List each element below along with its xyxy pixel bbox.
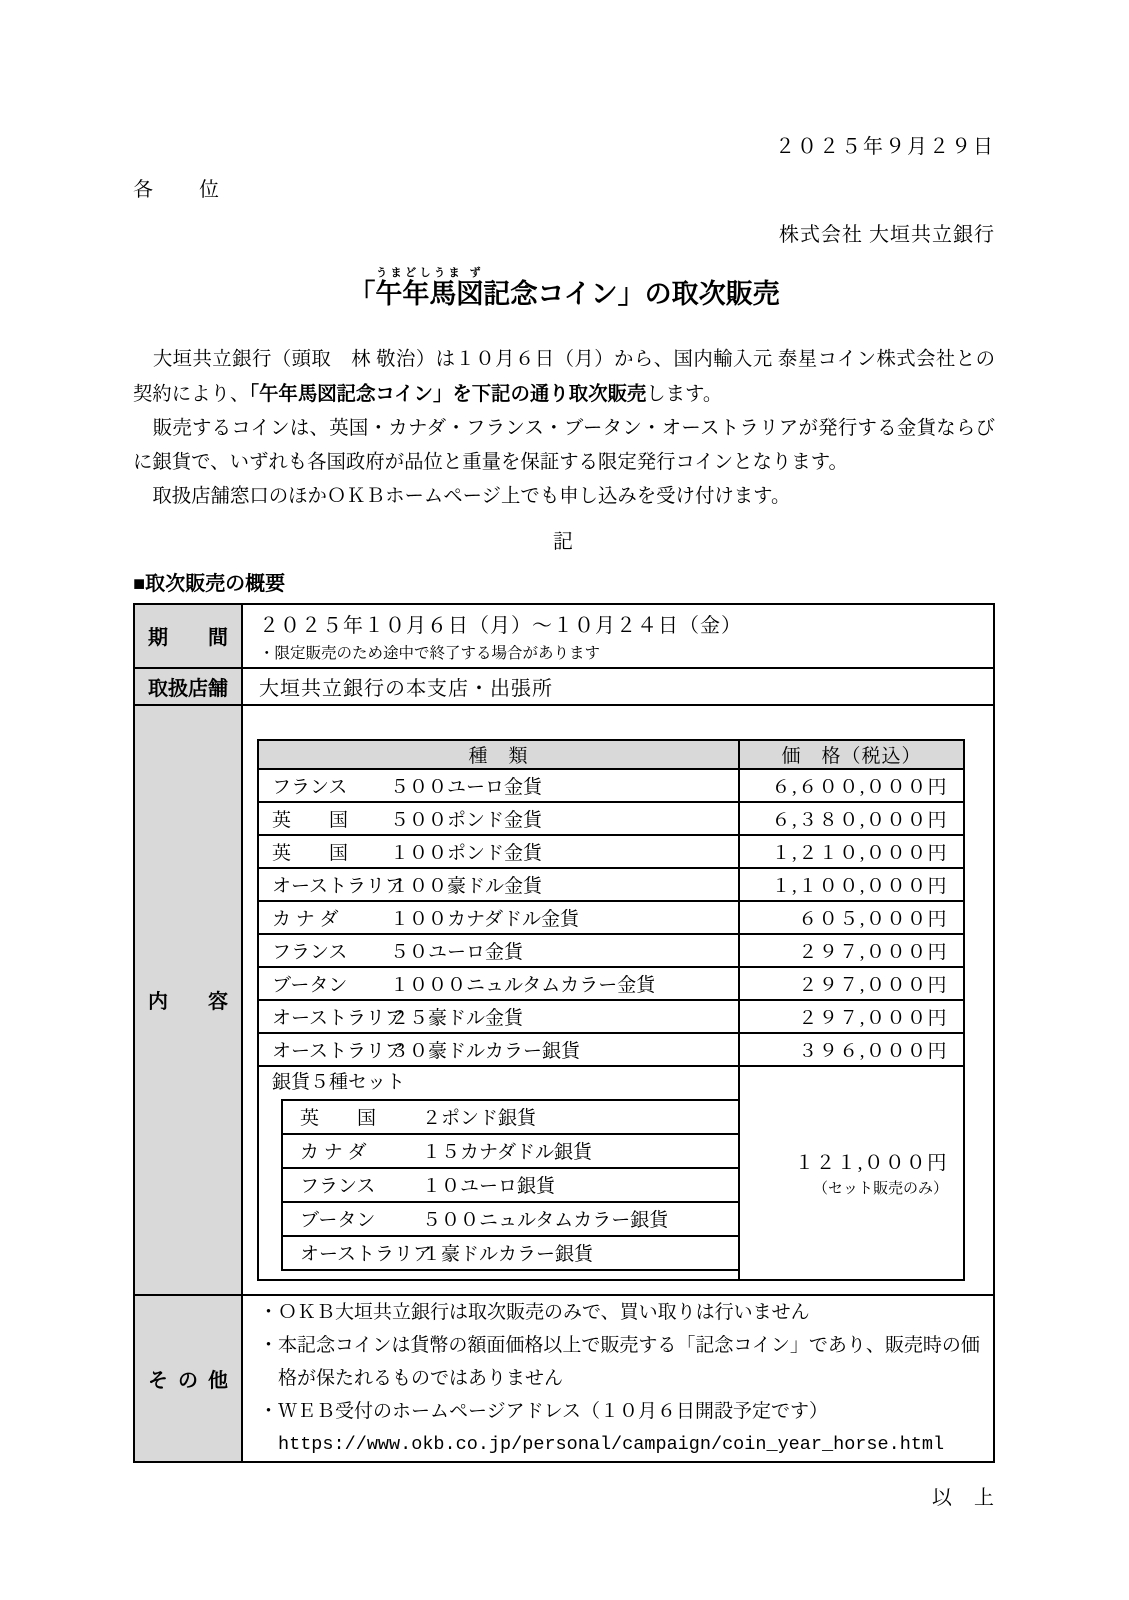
paragraph-3: 取扱店舗窓口のほかＯＫＢホームページ上でも申し込みを受け付けます。 (133, 480, 995, 514)
set-item-cell: 英 国２ポンド銀貨 (282, 1100, 738, 1134)
set-item-denomination: ５００ニュルタムカラー銀貨 (422, 1210, 668, 1231)
title-furigana: うまどしうま ず (375, 267, 483, 279)
addressee: 各 位 (133, 173, 995, 202)
silver-set-cell: 銀貨５種セット 英 国２ポンド銀貨カ ナ ダ１５カナダドル銀貨フランス１０ユーロ… (258, 1066, 739, 1280)
coin-country: オーストラリア (272, 1003, 390, 1030)
set-item-country: 英 国 (300, 1103, 422, 1130)
coin-row: フランス５０ユーロ金貨２９７,０００円 (258, 934, 964, 967)
other-label: その他 (134, 1295, 242, 1462)
closing-marker: 以 上 (133, 1481, 995, 1510)
coin-price-cell: ６０５,０００円 (739, 901, 964, 934)
coin-price-cell: ６,６００,０００円 (739, 769, 964, 802)
coin-row: カ ナ ダ１００カナダドル金貨６０５,０００円 (258, 901, 964, 934)
set-item-denomination: ２ポンド銀貨 (422, 1108, 536, 1129)
coin-row: フランス５００ユーロ金貨６,６００,０００円 (258, 769, 964, 802)
coin-name-cell: カ ナ ダ１００カナダドル金貨 (258, 901, 739, 934)
set-item-denomination: １豪ドルカラー銀貨 (422, 1244, 593, 1265)
coin-country: 英 国 (272, 805, 390, 832)
coin-country: フランス (272, 772, 390, 799)
coin-name-cell: フランス５００ユーロ金貨 (258, 769, 739, 802)
coin-price-cell: ３９６,０００円 (739, 1033, 964, 1066)
other-notes-list: ・ＯＫＢ大垣共立銀行は取次販売のみで、買い取りは行いません・本記念コインは貨幣の… (259, 1296, 983, 1428)
coin-price-cell: ６,３８０,０００円 (739, 802, 964, 835)
silver-set-row: 銀貨５種セット 英 国２ポンド銀貨カ ナ ダ１５カナダドル銀貨フランス１０ユーロ… (258, 1066, 964, 1280)
set-item-denomination: １５カナダドル銀貨 (422, 1142, 592, 1163)
set-item-row: ブータン５００ニュルタムカラー銀貨 (282, 1202, 738, 1236)
coin-table-body: フランス５００ユーロ金貨６,６００,０００円英 国５００ポンド金貨６,３８０,０… (258, 769, 964, 1066)
body-paragraphs: 大垣共立銀行（頭取 林 敬治）は１０月６日（月）から、国内輸入元 泰星コイン株式… (133, 343, 995, 514)
set-item-cell: カ ナ ダ１５カナダドル銀貨 (282, 1134, 738, 1168)
paragraph-1-bold: 「午年馬図記念コイン」を下記の通り取次販売 (249, 383, 646, 405)
coin-name-cell: ブータン１０００ニュルタムカラー金貨 (258, 967, 739, 1000)
coin-row: オーストラリア２５豪ドル金貨２９７,０００円 (258, 1000, 964, 1033)
silver-set-label: 銀貨５種セット (259, 1067, 738, 1099)
coin-country: オーストラリア (272, 1036, 390, 1063)
period-note: ・限定販売のため途中で終了する場合があります (259, 641, 993, 663)
silver-set-items: 英 国２ポンド銀貨カ ナ ダ１５カナダドル銀貨フランス１０ユーロ銀貨ブータン５０… (282, 1100, 738, 1270)
coin-denomination: １００カナダドル金貨 (390, 909, 579, 930)
period-row: 期間 ２０２５年１０月６日（月）～１０月２４日（金） ・限定販売のため途中で終了… (134, 604, 994, 668)
title-ruby-base: 午年馬図 (375, 279, 483, 309)
coin-price-cell: ２９７,０００円 (739, 1000, 964, 1033)
web-url: https://www.okb.co.jp/personal/campaign/… (259, 1428, 983, 1461)
set-item-denomination: １０ユーロ銀貨 (422, 1176, 555, 1197)
set-item-cell: フランス１０ユーロ銀貨 (282, 1168, 738, 1202)
note-item: ・本記念コインは貨幣の額面価格以上で販売する「記念コイン」であり、販売時の価格が… (259, 1329, 983, 1395)
paragraph-1-post: します。 (646, 384, 722, 405)
coin-country: ブータン (272, 970, 390, 997)
stores-row: 取扱店舗 大垣共立銀行の本支店・出張所 (134, 668, 994, 705)
coin-denomination: ５０ユーロ金貨 (390, 942, 523, 963)
set-item-cell: ブータン５００ニュルタムカラー銀貨 (282, 1202, 738, 1236)
note-item: ・ＷＥＢ受付のホームページアドレス（１０月６日開設予定です） (259, 1395, 983, 1428)
coin-denomination: ２５豪ドル金貨 (390, 1008, 523, 1029)
silver-set-sub-table: 英 国２ポンド銀貨カ ナ ダ１５カナダドル銀貨フランス１０ユーロ銀貨ブータン５０… (281, 1099, 738, 1271)
set-item-row: オーストラリア１豪ドルカラー銀貨 (282, 1236, 738, 1270)
set-item-country: カ ナ ダ (300, 1137, 422, 1164)
document-date: ２０２５年９月２９日 (133, 130, 995, 159)
set-item-cell: オーストラリア１豪ドルカラー銀貨 (282, 1236, 738, 1270)
period-dates: ２０２５年１０月６日（月）～１０月２４日（金） (259, 609, 993, 638)
other-notes-cell: ・ＯＫＢ大垣共立銀行は取次販売のみで、買い取りは行いません・本記念コインは貨幣の… (242, 1295, 994, 1462)
coin-row: ブータン１０００ニュルタムカラー金貨２９７,０００円 (258, 967, 964, 1000)
set-item-row: 英 国２ポンド銀貨 (282, 1100, 738, 1134)
coin-name-cell: フランス５０ユーロ金貨 (258, 934, 739, 967)
stores-label: 取扱店舗 (134, 668, 242, 705)
coin-name-cell: 英 国１００ポンド金貨 (258, 835, 739, 868)
coin-denomination: １００ポンド金貨 (390, 843, 542, 864)
set-item-row: フランス１０ユーロ銀貨 (282, 1168, 738, 1202)
coin-name-cell: 英 国５００ポンド金貨 (258, 802, 739, 835)
document-page: ２０２５年９月２９日 各 位 株式会社 大垣共立銀行 「午年馬図うまどしうま ず… (0, 0, 1129, 1600)
ki-marker: 記 (133, 525, 995, 554)
contents-row: 内容 種 類 価 格（税込） フランス５００ユーロ金貨６,６００,０００円英 国… (134, 705, 994, 1295)
coin-name-cell: オーストラリア２５豪ドル金貨 (258, 1000, 739, 1033)
other-row: その他 ・ＯＫＢ大垣共立銀行は取次販売のみで、買い取りは行いません・本記念コイン… (134, 1295, 994, 1462)
coin-country: フランス (272, 937, 390, 964)
title-ruby: 午年馬図うまどしうま ず (375, 279, 483, 309)
coin-denomination: １０００ニュルタムカラー金貨 (390, 975, 655, 996)
coin-row: 英 国５００ポンド金貨６,３８０,０００円 (258, 802, 964, 835)
silver-set-price-cell: １２１,０００円 （セット販売のみ） (739, 1066, 964, 1280)
coin-country: カ ナ ダ (272, 904, 390, 931)
silver-set-price: １２１,０００円 (740, 1147, 948, 1175)
coin-price-cell: ２９７,０００円 (739, 934, 964, 967)
set-item-row: カ ナ ダ１５カナダドル銀貨 (282, 1134, 738, 1168)
coin-denomination: ５００ユーロ金貨 (390, 777, 542, 798)
set-item-country: フランス (300, 1171, 422, 1198)
coin-country: 英 国 (272, 838, 390, 865)
coin-price-cell: ２９７,０００円 (739, 967, 964, 1000)
coin-table-header-row: 種 類 価 格（税込） (258, 740, 964, 769)
set-item-country: ブータン (300, 1205, 422, 1232)
coin-row: 英 国１００ポンド金貨１,２１０,０００円 (258, 835, 964, 868)
period-value-cell: ２０２５年１０月６日（月）～１０月２４日（金） ・限定販売のため途中で終了する場… (242, 604, 994, 668)
coin-price-header: 価 格（税込） (739, 740, 964, 769)
coin-row: オーストラリア３０豪ドルカラー銀貨３９６,０００円 (258, 1033, 964, 1066)
coin-denomination: ５００ポンド金貨 (390, 810, 542, 831)
note-item: ・ＯＫＢ大垣共立銀行は取次販売のみで、買い取りは行いません (259, 1296, 983, 1329)
section-header: ■取次販売の概要 (133, 567, 995, 596)
paragraph-1: 大垣共立銀行（頭取 林 敬治）は１０月６日（月）から、国内輸入元 泰星コイン株式… (133, 343, 995, 412)
coin-denomination: １００豪ドル金貨 (390, 876, 542, 897)
title-open-quote: 「 (348, 279, 375, 309)
title-rest: 記念コイン」の取次販売 (483, 279, 779, 309)
coin-price-table: 種 類 価 格（税込） フランス５００ユーロ金貨６,６００,０００円英 国５００… (257, 739, 965, 1281)
company-name: 株式会社 大垣共立銀行 (133, 218, 995, 247)
document-title: 「午年馬図うまどしうま ず記念コイン」の取次販売 (133, 267, 995, 315)
coin-name-cell: オーストラリア１００豪ドル金貨 (258, 868, 739, 901)
coin-row: オーストラリア１００豪ドル金貨１,１００,０００円 (258, 868, 964, 901)
set-item-country: オーストラリア (300, 1239, 422, 1266)
contents-cell: 種 類 価 格（税込） フランス５００ユーロ金貨６,６００,０００円英 国５００… (242, 705, 994, 1295)
stores-value-cell: 大垣共立銀行の本支店・出張所 (242, 668, 994, 705)
overview-table: 期間 ２０２５年１０月６日（月）～１０月２４日（金） ・限定販売のため途中で終了… (133, 603, 995, 1463)
contents-label: 内容 (134, 705, 242, 1295)
paragraph-2: 販売するコインは、英国・カナダ・フランス・ブータン・オーストラリアが発行する金貨… (133, 412, 995, 480)
coin-type-header: 種 類 (258, 740, 739, 769)
coin-denomination: ３０豪ドルカラー銀貨 (390, 1041, 580, 1062)
period-label: 期間 (134, 604, 242, 668)
coin-country: オーストラリア (272, 871, 390, 898)
silver-set-price-note: （セット販売のみ） (740, 1177, 948, 1198)
coin-price-cell: １,２１０,０００円 (739, 835, 964, 868)
coin-name-cell: オーストラリア３０豪ドルカラー銀貨 (258, 1033, 739, 1066)
coin-price-cell: １,１００,０００円 (739, 868, 964, 901)
